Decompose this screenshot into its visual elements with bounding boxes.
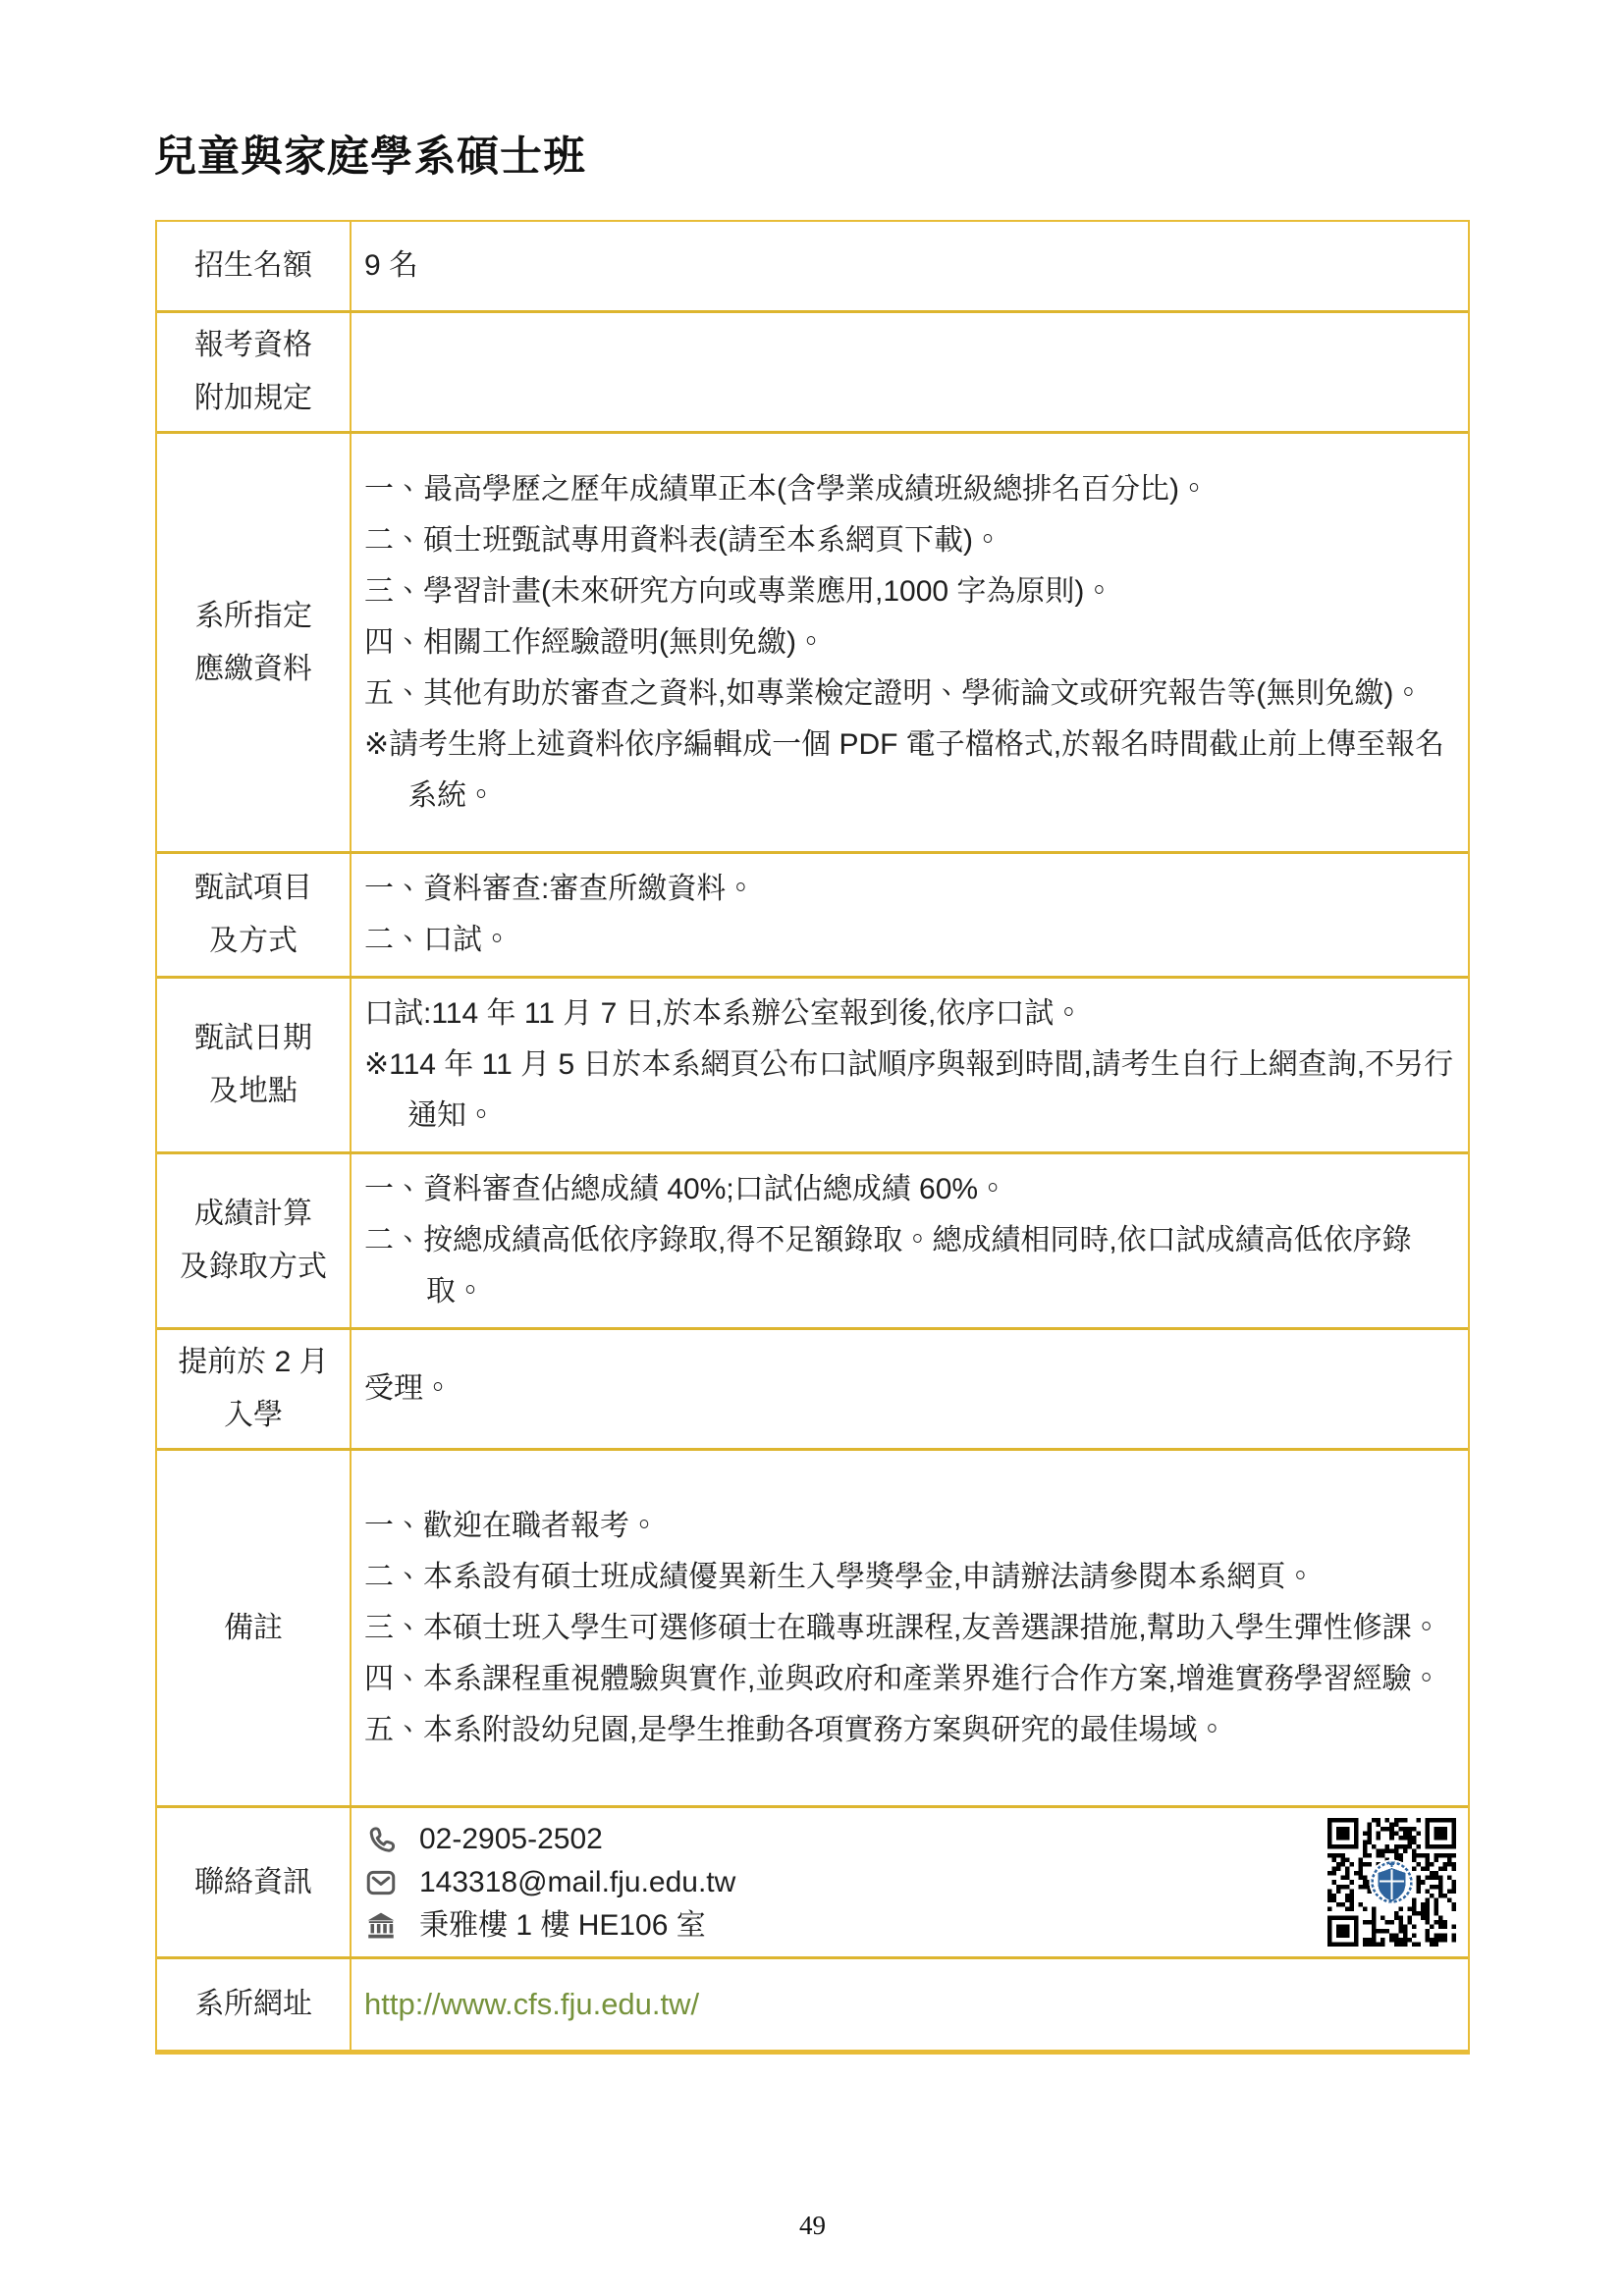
content-line: 二、本系設有碩士班成績優異新生入學獎學金,申請辦法請參閱本系網頁。 xyxy=(364,1552,1458,1603)
row-label: 甄試日期 及地點 xyxy=(157,979,352,1151)
qr-code xyxy=(1327,1818,1456,1947)
row-label-line: 應繳資料 xyxy=(194,643,312,696)
row-label-line: 入學 xyxy=(224,1389,283,1442)
content-line: 三、學習計畫(未來研究方向或專業應用,1000 字為原則)。 xyxy=(364,566,1458,617)
row-label: 系所指定 應繳資料 xyxy=(157,434,352,851)
table-row: 系所指定 應繳資料 一、最高學歷之歷年成績單正本(含學業成績班級總排名百分比)。… xyxy=(157,431,1468,851)
row-content: 一、歡迎在職者報考。 二、本系設有碩士班成績優異新生入學獎學金,申請辦法請參閱本… xyxy=(352,1451,1468,1805)
contact-location: 秉雅樓 1 樓 HE106 室 xyxy=(419,1905,706,1947)
content-line: 一、資料審查:審查所繳資料。 xyxy=(364,864,1458,915)
content-line: 受理。 xyxy=(364,1363,1458,1415)
content-line: 一、最高學歷之歷年成績單正本(含學業成績班級總排名百分比)。 xyxy=(364,464,1458,515)
content-line: 二、碩士班甄試專用資料表(請至本系網頁下載)。 xyxy=(364,515,1458,566)
table-row: 甄試日期 及地點 口試:114 年 11 月 7 日,於本系辦公室報到後,依序口… xyxy=(157,976,1468,1151)
content-line: ※請考生將上述資料依序編輯成一個 PDF 電子檔格式,於報名時間截止前上傳至報名… xyxy=(364,720,1458,822)
row-label: 備註 xyxy=(157,1451,352,1805)
table-row: 提前於 2 月 入學 受理。 xyxy=(157,1327,1468,1448)
row-label: 報考資格 附加規定 xyxy=(157,313,352,431)
content-line: 一、資料審查佔總成績 40%;口試佔總成績 60%。 xyxy=(364,1164,1458,1215)
row-label-line: 及地點 xyxy=(209,1065,298,1118)
row-content: 一、資料審查:審查所繳資料。 二、口試。 xyxy=(352,854,1468,976)
table-row: 報考資格 附加規定 xyxy=(157,310,1468,431)
contact-email: 143318@mail.fju.edu.tw xyxy=(419,1862,735,1903)
content-line: 一、歡迎在職者報考。 xyxy=(364,1501,1458,1552)
row-label: 提前於 2 月 入學 xyxy=(157,1330,352,1448)
content-line: 三、本碩士班入學生可選修碩士在職專班課程,友善選課措施,幫助入學生彈性修課。 xyxy=(364,1603,1458,1654)
content-line: 二、口試。 xyxy=(364,915,1458,966)
content-line: 四、相關工作經驗證明(無則免繳)。 xyxy=(364,617,1458,668)
row-content: 9 名 xyxy=(352,222,1468,310)
row-label-line: 甄試日期 xyxy=(194,1012,312,1065)
row-content: http://www.cfs.fju.edu.tw/ xyxy=(352,1959,1468,2050)
mail-icon xyxy=(364,1866,398,1899)
row-content: 受理。 xyxy=(352,1330,1468,1448)
row-label-line: 聯絡資訊 xyxy=(194,1856,312,1909)
content-line: ※114 年 11 月 5 日於本系網頁公布口試順序與報到時間,請考生自行上網查… xyxy=(364,1040,1458,1142)
content-line: 口試:114 年 11 月 7 日,於本系辦公室報到後,依序口試。 xyxy=(364,988,1458,1040)
row-content: 口試:114 年 11 月 7 日,於本系辦公室報到後,依序口試。 ※114 年… xyxy=(352,979,1468,1151)
row-label-line: 甄試項目 xyxy=(194,862,312,915)
contact-phone-line: 02-2905-2502 xyxy=(364,1819,1327,1860)
table-row: 備註 一、歡迎在職者報考。 二、本系設有碩士班成績優異新生入學獎學金,申請辦法請… xyxy=(157,1448,1468,1805)
document-page: 兒童與家庭學系碩士班 招生名額 9 名 報考資格 附加規定 系所指定 應繳資料 xyxy=(0,0,1624,2296)
content-line: 五、其他有助於審查之資料,如專業檢定證明、學術論文或研究報告等(無則免繳)。 xyxy=(364,668,1458,720)
row-label-line: 附加規定 xyxy=(194,372,312,425)
table-row: 成績計算 及錄取方式 一、資料審查佔總成績 40%;口試佔總成績 60%。 二、… xyxy=(157,1151,1468,1327)
row-label-line: 及錄取方式 xyxy=(180,1241,327,1294)
table-row: 甄試項目 及方式 一、資料審查:審查所繳資料。 二、口試。 xyxy=(157,851,1468,976)
contact-list: 02-2905-2502 143318@mail.fju.edu.tw xyxy=(364,1819,1327,1947)
table-row: 系所網址 http://www.cfs.fju.edu.tw/ xyxy=(157,1956,1468,2050)
row-label: 成績計算 及錄取方式 xyxy=(157,1154,352,1327)
row-label: 招生名額 xyxy=(157,222,352,310)
phone-icon xyxy=(364,1823,398,1856)
row-label-line: 系所網址 xyxy=(194,1978,312,2031)
content-line: 五、本系附設幼兒園,是學生推動各項實務方案與研究的最佳場域。 xyxy=(364,1705,1458,1756)
contact-email-line: 143318@mail.fju.edu.tw xyxy=(364,1862,1327,1903)
building-icon xyxy=(364,1909,398,1943)
row-content: 一、資料審查佔總成績 40%;口試佔總成績 60%。 二、按總成績高低依序錄取,… xyxy=(352,1154,1468,1327)
row-label-line: 備註 xyxy=(224,1602,283,1655)
page-title: 兒童與家庭學系碩士班 xyxy=(154,124,586,184)
page-number: 49 xyxy=(155,2211,1470,2241)
admission-info-table: 招生名額 9 名 報考資格 附加規定 系所指定 應繳資料 一、最高學歷之歷年成績… xyxy=(155,220,1470,2055)
row-label-line: 系所指定 xyxy=(194,590,312,643)
content-line: 二、按總成績高低依序錄取,得不足額錄取。總成績相同時,依口試成績高低依序錄取。 xyxy=(364,1215,1458,1317)
contact-info: 02-2905-2502 143318@mail.fju.edu.tw xyxy=(364,1818,1458,1947)
row-content: 02-2905-2502 143318@mail.fju.edu.tw xyxy=(352,1808,1468,1956)
contact-location-line: 秉雅樓 1 樓 HE106 室 xyxy=(364,1905,1327,1947)
table-row: 聯絡資訊 02-2905-2502 xyxy=(157,1805,1468,1956)
row-content xyxy=(352,313,1468,431)
content-line: 9 名 xyxy=(364,240,1458,292)
department-website-link[interactable]: http://www.cfs.fju.edu.tw/ xyxy=(364,1979,1458,2030)
row-label: 系所網址 xyxy=(157,1959,352,2050)
row-label-line: 及方式 xyxy=(209,915,298,968)
row-label: 甄試項目 及方式 xyxy=(157,854,352,976)
row-label-line: 報考資格 xyxy=(194,319,312,372)
content-line: 四、本系課程重視體驗與實作,並與政府和產業界進行合作方案,增進實務學習經驗。 xyxy=(364,1654,1458,1705)
row-content: 一、最高學歷之歷年成績單正本(含學業成績班級總排名百分比)。 二、碩士班甄試專用… xyxy=(352,434,1468,851)
row-label: 聯絡資訊 xyxy=(157,1808,352,1956)
row-label-line: 成績計算 xyxy=(194,1188,312,1241)
table-row: 招生名額 9 名 xyxy=(157,222,1468,310)
row-label-line: 提前於 2 月 xyxy=(178,1336,328,1389)
contact-phone: 02-2905-2502 xyxy=(419,1819,603,1860)
row-label-line: 招生名額 xyxy=(194,240,312,293)
